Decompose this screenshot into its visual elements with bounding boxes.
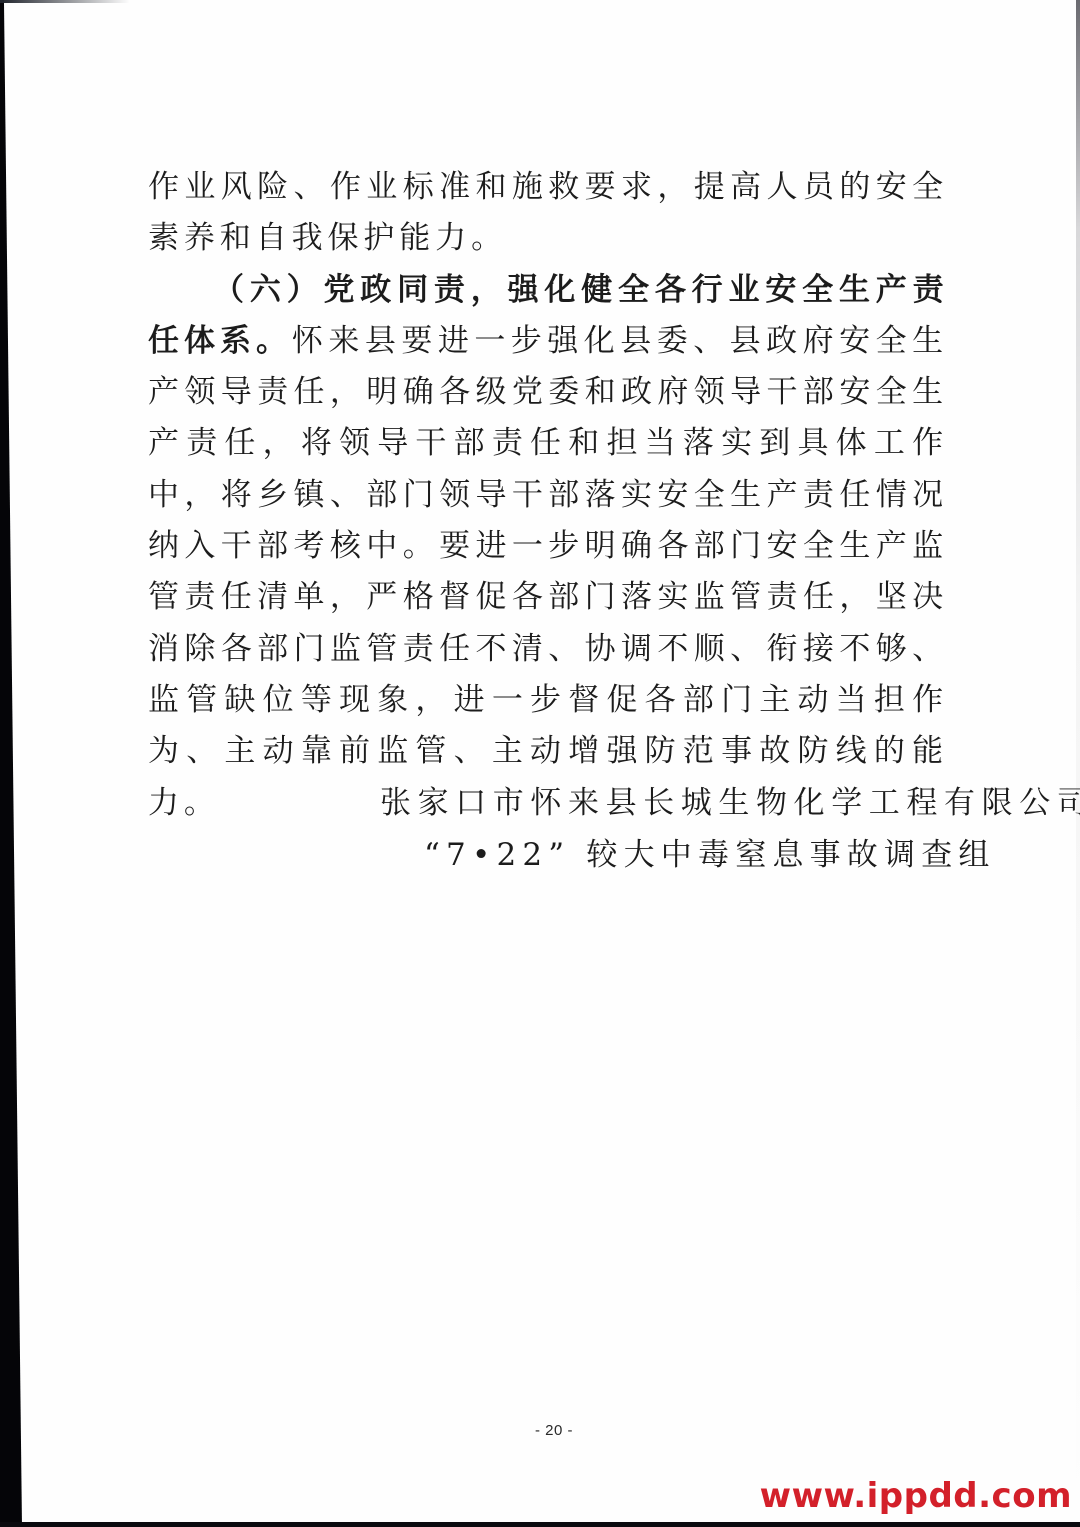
scan-border-left — [0, 0, 22, 1527]
watermark-text: www.ippdd.com — [760, 1479, 1072, 1513]
document-body: 作业风险、作业标准和施救要求，提高人员的安全素养和自我保护能力。 （六）党政同责… — [148, 162, 948, 829]
paragraph-section-six: （六）党政同责，强化健全各行业安全生产责任体系。怀来县要进一步强化县委、县政府安… — [148, 265, 948, 829]
document-page: 作业风险、作业标准和施救要求，提高人员的安全素养和自我保护能力。 （六）党政同责… — [0, 0, 1080, 1527]
signature-block: 张家口市怀来县长城生物化学工程有限公司 “7•22” 较大中毒窒息事故调查组 — [380, 777, 940, 881]
scan-border-bottom — [0, 1522, 1080, 1527]
scan-border-top — [0, 0, 130, 3]
paragraph-text: 怀来县要进一步强化县委、县政府安全生产领导责任，明确各级党委和政府领导干部安全生… — [148, 323, 948, 821]
scan-border-right — [1076, 0, 1080, 1527]
signature-investigation-team: “7•22” 较大中毒窒息事故调查组 — [380, 829, 940, 881]
paragraph-text: 作业风险、作业标准和施救要求，提高人员的安全素养和自我保护能力。 — [148, 169, 948, 256]
signature-organization: 张家口市怀来县长城生物化学工程有限公司 — [380, 777, 940, 829]
paragraph-continuation: 作业风险、作业标准和施救要求，提高人员的安全素养和自我保护能力。 — [148, 162, 948, 265]
page-number: - 20 - — [0, 1422, 1080, 1439]
